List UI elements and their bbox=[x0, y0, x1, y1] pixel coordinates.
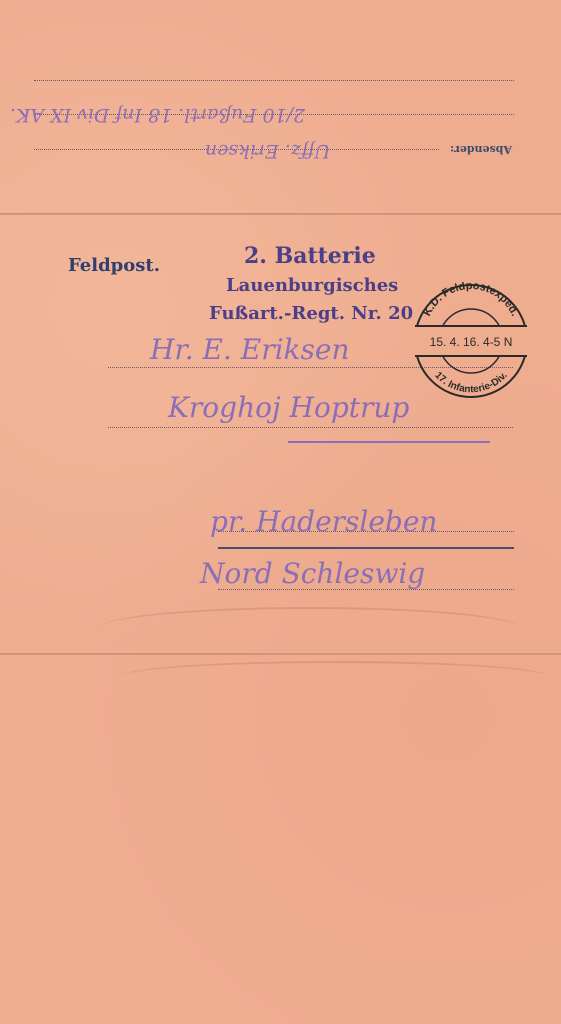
unit-stamp-line3: Fußart.-Regt. Nr. 20 bbox=[209, 303, 413, 324]
recipient-town: pr. Hadersleben bbox=[210, 505, 437, 538]
back-flap-panel bbox=[0, 655, 561, 1024]
unit-stamp-line2: Lauenburgisches bbox=[226, 275, 398, 296]
postmark-bottom-text: 17. Infanterie-Div. bbox=[432, 370, 510, 395]
address-line bbox=[34, 80, 514, 81]
postmark: K.D. Feldpostexped. 15. 4. 16. 4-5 N 17.… bbox=[412, 282, 530, 400]
address-panel: Feldpost. 2. Batterie Lauenburgisches Fu… bbox=[0, 215, 561, 652]
sender-panel: Absender: Uffz. Eriksen 2/10 Fußartl. 18… bbox=[0, 0, 561, 212]
water-stain bbox=[100, 607, 520, 649]
unit-stamp-line1: 2. Batterie bbox=[244, 243, 376, 269]
recipient-region: Nord Schleswig bbox=[200, 557, 425, 590]
underline bbox=[288, 441, 490, 443]
sender-label: Absender: bbox=[450, 143, 512, 156]
recipient-name: Hr. E. Eriksen bbox=[150, 333, 350, 366]
feldpost-card: Absender: Uffz. Eriksen 2/10 Fußartl. 18… bbox=[0, 0, 561, 1024]
svg-text:K.D. Feldpostexped.: K.D. Feldpostexped. bbox=[421, 282, 521, 318]
svg-text:17. Infanterie-Div.: 17. Infanterie-Div. bbox=[432, 370, 510, 395]
postmark-date: 15. 4. 16. 4-5 N bbox=[430, 335, 513, 349]
address-line bbox=[108, 427, 513, 428]
water-stain bbox=[120, 661, 550, 693]
recipient-village: Kroghoj Hoptrup bbox=[168, 391, 409, 424]
underline bbox=[218, 547, 514, 549]
sender-handwriting-unit: 2/10 Fußartl. 18 Inf Div IX AK. bbox=[10, 104, 305, 126]
postmark-top-text: K.D. Feldpostexped. bbox=[421, 282, 521, 318]
feldpost-header: Feldpost. bbox=[68, 255, 160, 276]
sender-handwriting-name: Uffz. Eriksen bbox=[205, 140, 330, 162]
